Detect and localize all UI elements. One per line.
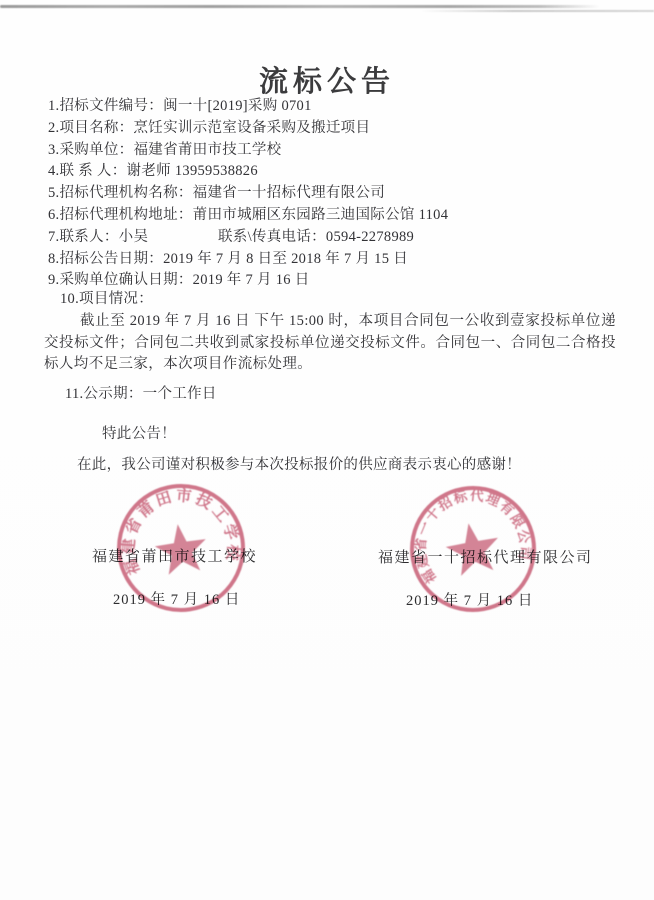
item-publicity-period: 11.公示期：一个工作日: [44, 384, 616, 406]
scan-artifact-line: [420, 10, 654, 12]
item-purchaser: 3.采购单位：福建省莆田市技工学校: [44, 140, 616, 162]
seal-star-icon: [442, 519, 503, 578]
official-seal-agency: 福建省一十招标代理有限公司: [396, 474, 550, 624]
item-agency-name: 5.招标代理机构名称：福建省一十招标代理有限公司: [44, 183, 616, 205]
item-contact-person: 4.联 系 人：谢老师 13959538826: [44, 161, 616, 183]
item-agency-contact: 7.联系人：小吴 联系\传真电话：0594-2278989: [44, 227, 616, 249]
announcement-statement: 特此公告！: [44, 423, 616, 445]
item-agency-address: 6.招标代理机构地址：莆田市城厢区东园路三迪国际公馆 1104: [44, 205, 616, 227]
item-project-status-label: 10.项目情况：: [44, 289, 616, 311]
item-project-name: 2.项目名称：烹饪实训示范室设备采购及搬迁项目: [44, 118, 616, 140]
seal-star-icon: [152, 521, 210, 576]
project-status-paragraph: 截止至 2019 年 7 月 16 日 下午 15:00 时，本项目合同包一公收…: [44, 311, 616, 376]
document-body: 1.招标文件编号：闽一十[2019]采购 0701 2.项目名称：烹饪实训示范室…: [44, 96, 616, 476]
official-seal-purchaser: 福建省莆田市技工学校: [102, 472, 260, 624]
agency-contact-name: 7.联系人：小吴: [48, 229, 148, 245]
item-tender-doc-number: 1.招标文件编号：闽一十[2019]采购 0701: [44, 96, 616, 118]
scanned-document-page: 流标公告 1.招标文件编号：闽一十[2019]采购 0701 2.项目名称：烹饪…: [0, 0, 654, 900]
page-title: 流标公告: [0, 59, 654, 100]
item-announcement-dates: 8.招标公告日期：2019 年 7 月 8 日至 2018 年 7 月 15 日: [44, 249, 616, 271]
agency-contact-phone: 联系\传真电话：0594-2278989: [218, 227, 414, 249]
scan-artifact-line: [0, 5, 600, 8]
